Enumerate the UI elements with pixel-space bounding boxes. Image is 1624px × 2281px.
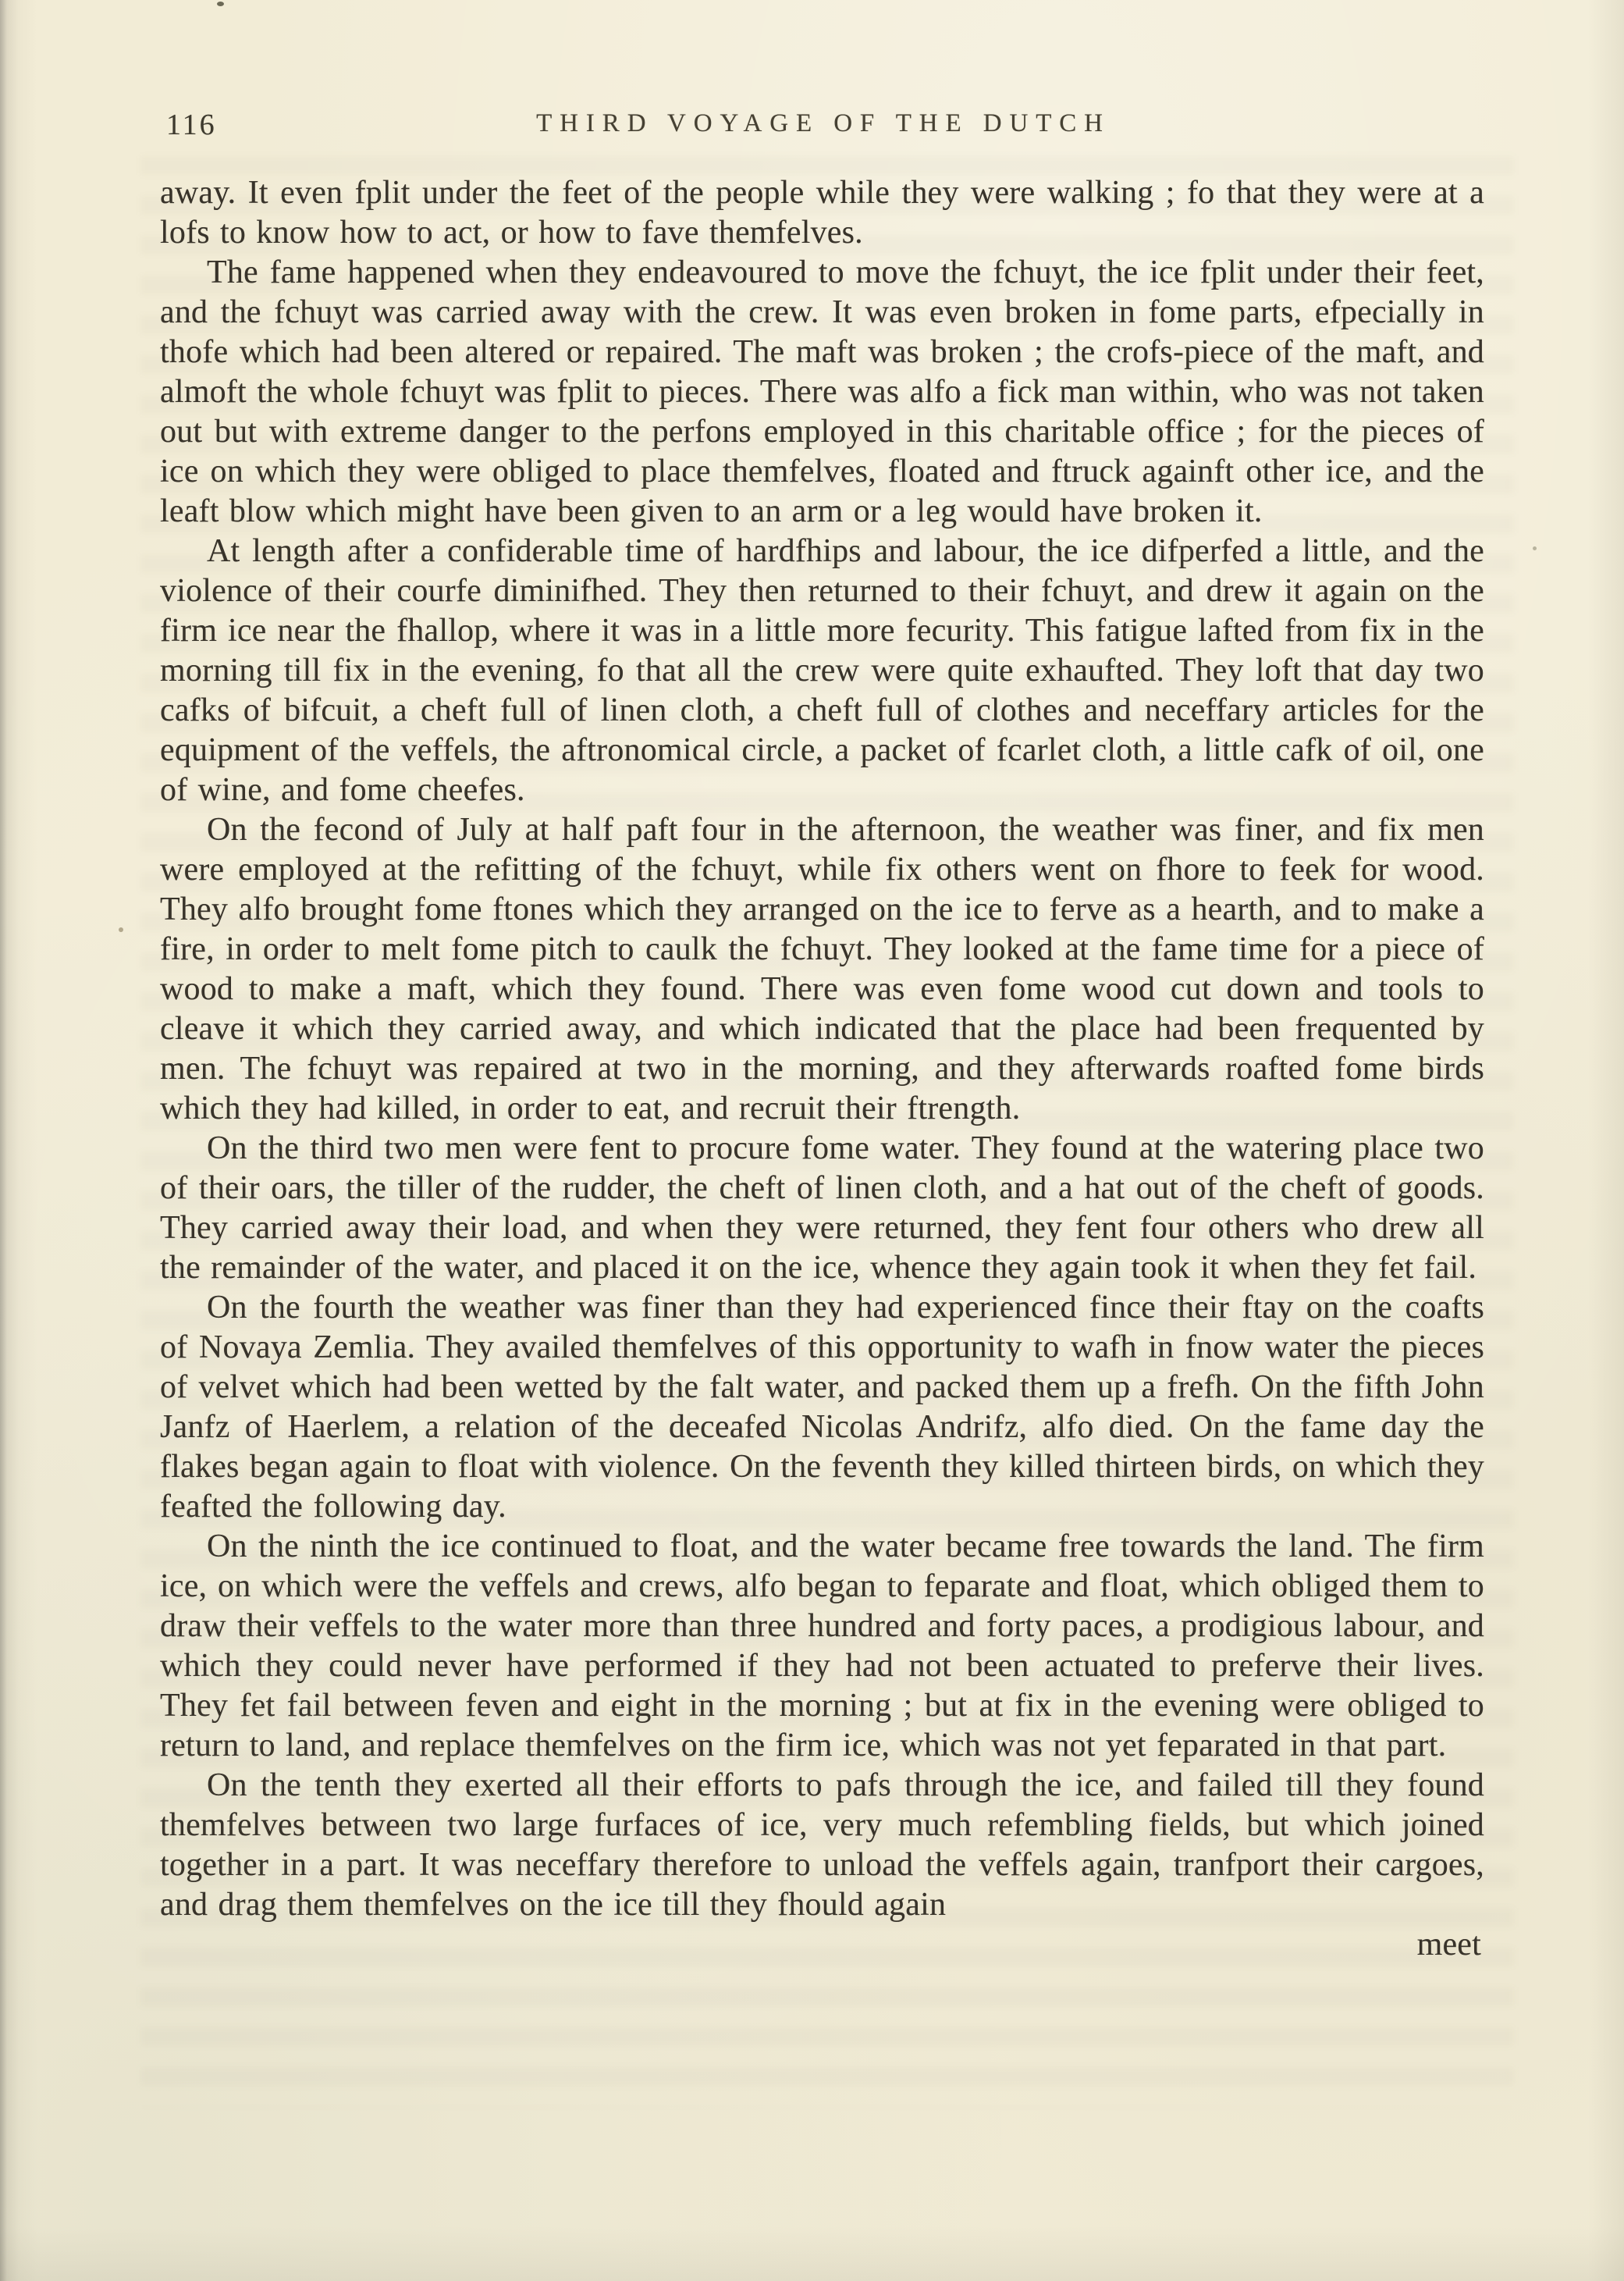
paper-speck [119, 927, 123, 932]
paragraph: On the ninth the ice continued to float,… [160, 1527, 1484, 1766]
book-page: 116 THIRD VOYAGE OF THE DUTCH away. It e… [0, 0, 1624, 2281]
paragraph: On the third two men were fent to procur… [160, 1129, 1484, 1288]
paragraph: away. It even fplit under the feet of th… [160, 173, 1484, 253]
paragraph: On the fecond of July at half paft four … [160, 810, 1484, 1129]
paragraph: On the fourth the weather was finer than… [160, 1288, 1484, 1527]
paragraph: The fame happened when they endeavoured … [160, 253, 1484, 532]
paper-speck [1533, 546, 1537, 550]
page-header: 116 THIRD VOYAGE OF THE DUTCH [160, 106, 1487, 150]
paragraph: On the tenth they exerted all their effo… [160, 1766, 1484, 1925]
paper-speck [217, 2, 224, 6]
catchword: meet [1417, 1927, 1481, 1963]
running-title: THIRD VOYAGE OF THE DUTCH [160, 109, 1487, 138]
catchword-row: meet [160, 1925, 1484, 1965]
page-text-block: away. It even fplit under the feet of th… [160, 173, 1484, 1965]
paragraph: At length after a confiderable time of h… [160, 532, 1484, 810]
